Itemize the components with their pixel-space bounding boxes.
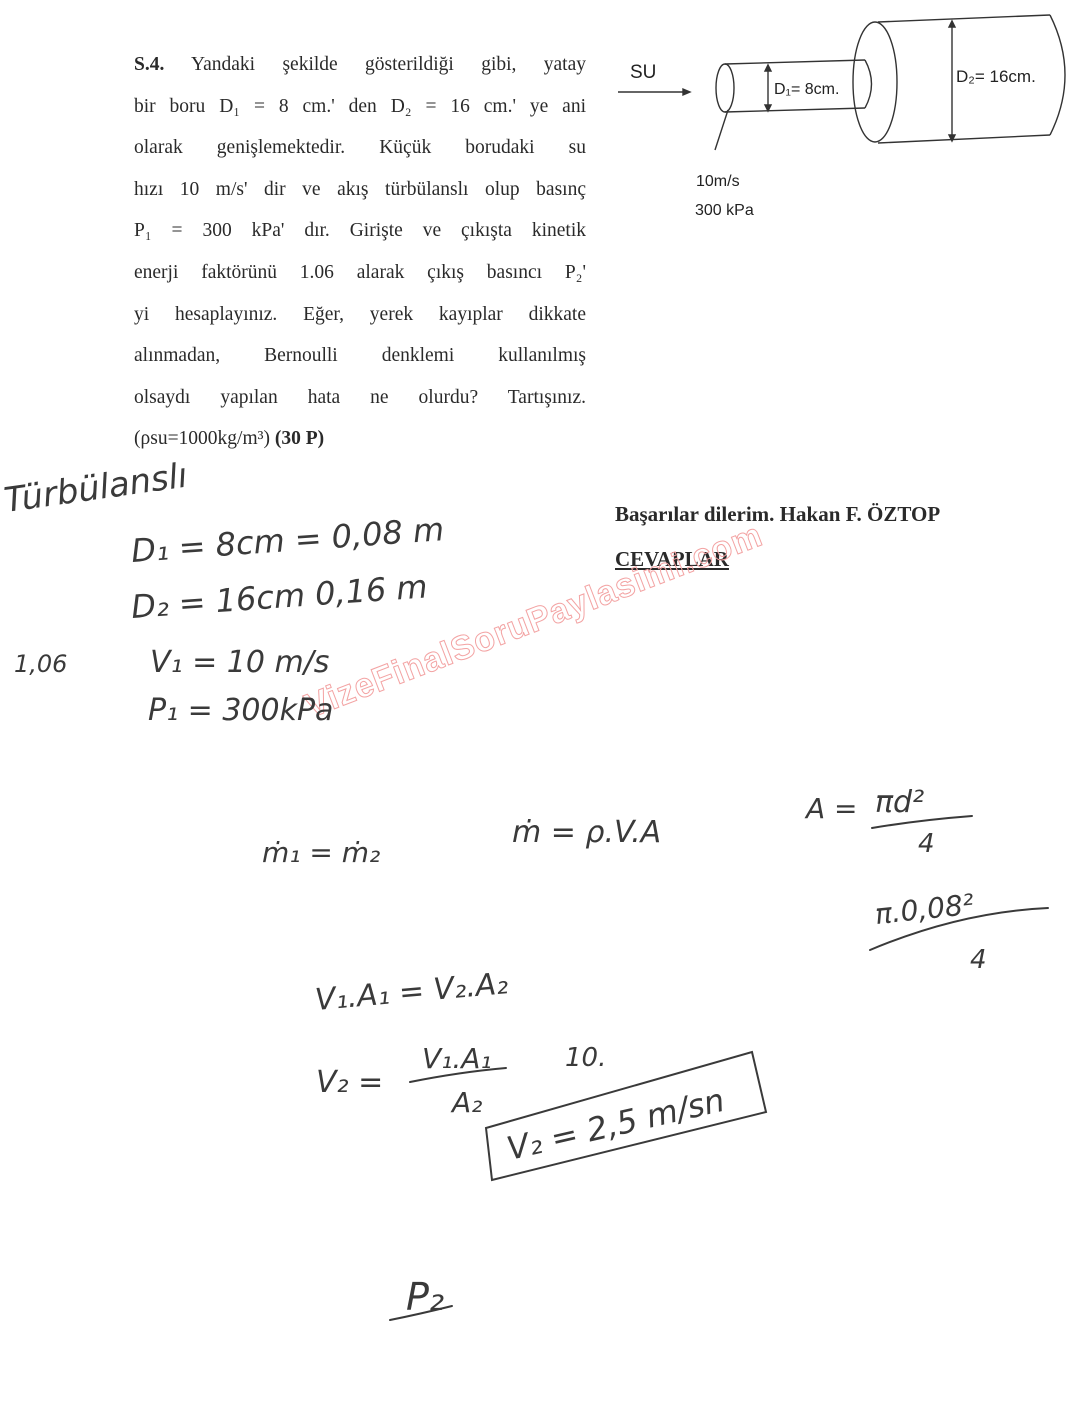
d1-label: D₁= 8cm. xyxy=(774,81,839,98)
hw-v2-num: V₁.A₁ xyxy=(422,1042,492,1075)
hw-mass-balance: ṁ₁ = ṁ₂ xyxy=(262,836,380,869)
hw-p2: P₂ xyxy=(406,1275,444,1319)
small-pipe-inlet xyxy=(716,64,734,112)
hw-area-num: πd² xyxy=(875,785,924,820)
hw-v1: V₁ = 10 m/s xyxy=(150,645,329,680)
question-line-6: enerji faktörünü 1.06 alarak çıkış basın… xyxy=(134,252,586,294)
hw-v2-lhs: V₂ = xyxy=(316,1065,383,1100)
question-line-2: bir boru D₁ = 8 cm.' den D₂ = 16 cm.' ye… xyxy=(134,86,586,128)
question-number: S.4. xyxy=(134,54,164,75)
fluid-label: SU xyxy=(630,62,656,83)
question-line-3: olarak genişlemektedir. Küçük borudaki s… xyxy=(134,127,586,169)
hw-area1-den: 4 xyxy=(970,945,987,975)
question-line-4: hızı 10 m/s' dir ve akış türbülanslı olu… xyxy=(134,169,586,211)
watermark: VizeFinalSoruPaylasimi.com xyxy=(300,504,799,727)
velocity-label: 10m/s xyxy=(696,173,740,190)
question-line-9: olsaydı yapılan hata ne olurdu? Tartışın… xyxy=(134,377,586,419)
pressure-label: 300 kPa xyxy=(695,202,754,219)
question-line-8: alınmadan, Bernoulli denklemi kullanılmı… xyxy=(134,335,586,377)
hw-d2: D₂ = 16cm 0,16 m xyxy=(130,567,429,626)
hw-v2-result: V₂ = 2,5 m/sn xyxy=(503,1081,728,1168)
hw-continuity: V₁.A₁ = V₂.A₂ xyxy=(314,966,510,1018)
density-note: (ρsu=1000kg/m³) xyxy=(134,428,270,449)
large-pipe-face xyxy=(853,22,897,142)
hw-v2-note: 10. xyxy=(565,1043,606,1073)
d2-label: D₂= 16cm. xyxy=(956,67,1036,86)
hw-mass-flow: ṁ = ρ.V.A xyxy=(512,815,661,850)
hw-v2-den: A₂ xyxy=(450,1086,482,1119)
question-text: S.4. Yandaki şekilde gösterildiği gibi, … xyxy=(134,44,586,460)
hw-d1: D₁ = 8cm = 0,08 m xyxy=(130,510,445,570)
hw-kinetic-factor: 1,06 xyxy=(14,650,67,678)
hw-area-lhs: A = xyxy=(804,792,858,825)
question-line-10: (ρsu=1000kg/m³) (30 P) xyxy=(134,418,586,460)
question-line-7: yi hesaplayınız. Eğer, yerek kayıplar di… xyxy=(134,294,586,336)
hw-flow-type: Türbülanslı xyxy=(2,456,190,521)
hw-area1-num: π.0,08² xyxy=(873,888,975,931)
hw-area-den: 4 xyxy=(918,829,935,859)
question-line-5: P₁ = 300 kPa' dır. Girişte ve çıkışta ki… xyxy=(134,210,586,252)
question-line-1: S.4. Yandaki şekilde gösterildiği gibi, … xyxy=(134,44,586,86)
points-label: (30 P) xyxy=(275,428,324,449)
result-box xyxy=(486,1052,766,1180)
pipe-expansion-diagram: SU D₁= 8cm. D₂= 16cm. 10m/s 300 kPa xyxy=(610,10,1080,240)
